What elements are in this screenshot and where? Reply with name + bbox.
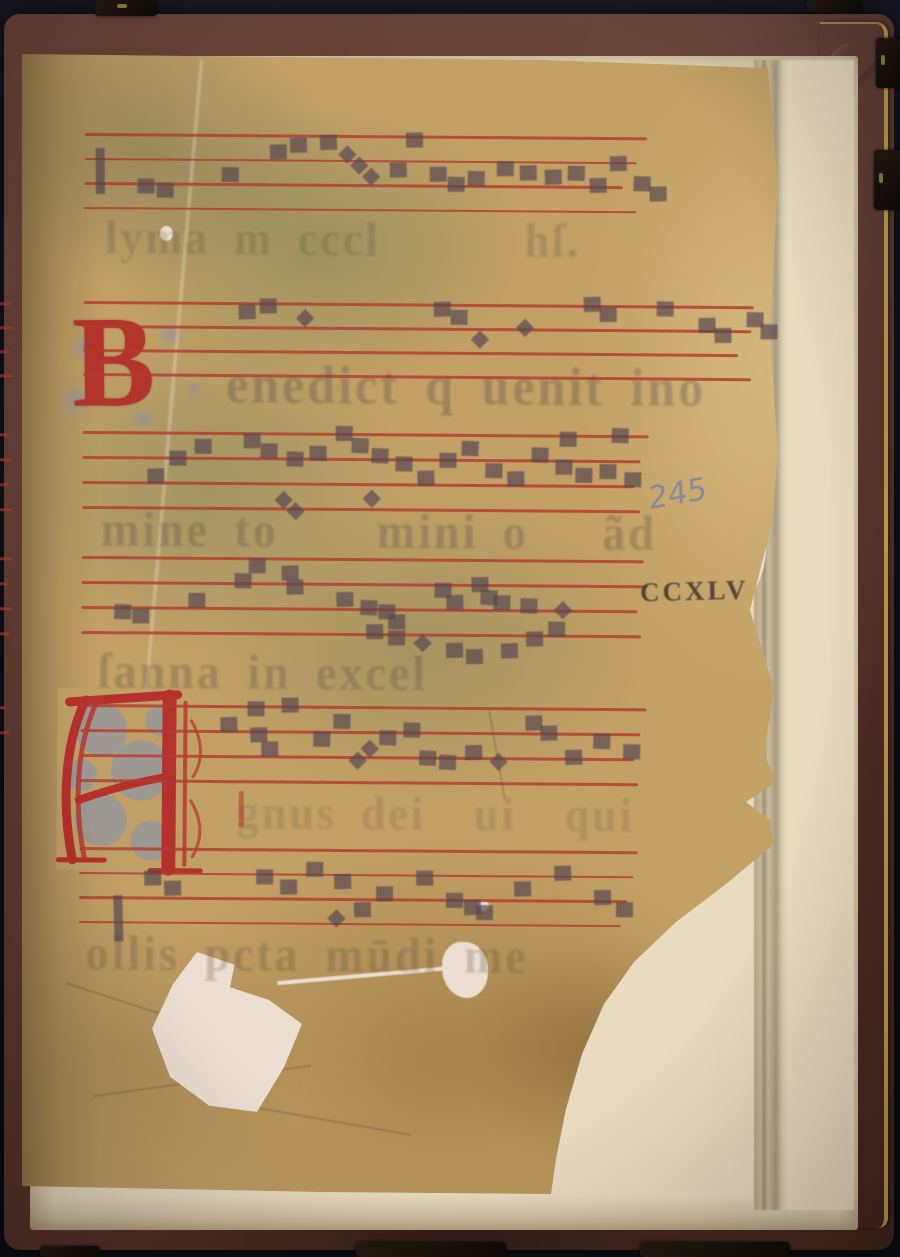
binding-foot	[356, 1242, 506, 1257]
white-speck	[160, 226, 173, 241]
folio-number-ink: CCXLV	[640, 575, 749, 609]
white-speck	[478, 900, 489, 911]
manuscript-photo: B	[0, 0, 900, 1257]
binding-foot	[40, 1246, 100, 1257]
wrinkle-vein	[488, 711, 506, 800]
parchment-crease	[144, 60, 203, 698]
binding-foot	[640, 1242, 790, 1257]
binding-clasp-right-lower	[874, 150, 900, 210]
repair-patch-small	[442, 942, 488, 998]
binding-clasp-right-upper	[876, 38, 900, 88]
wrinkle-vein	[253, 1106, 411, 1136]
repair-patch	[152, 952, 302, 1112]
binding-clasp-top	[95, 0, 157, 16]
binding-clasp-top-right	[806, 0, 862, 12]
